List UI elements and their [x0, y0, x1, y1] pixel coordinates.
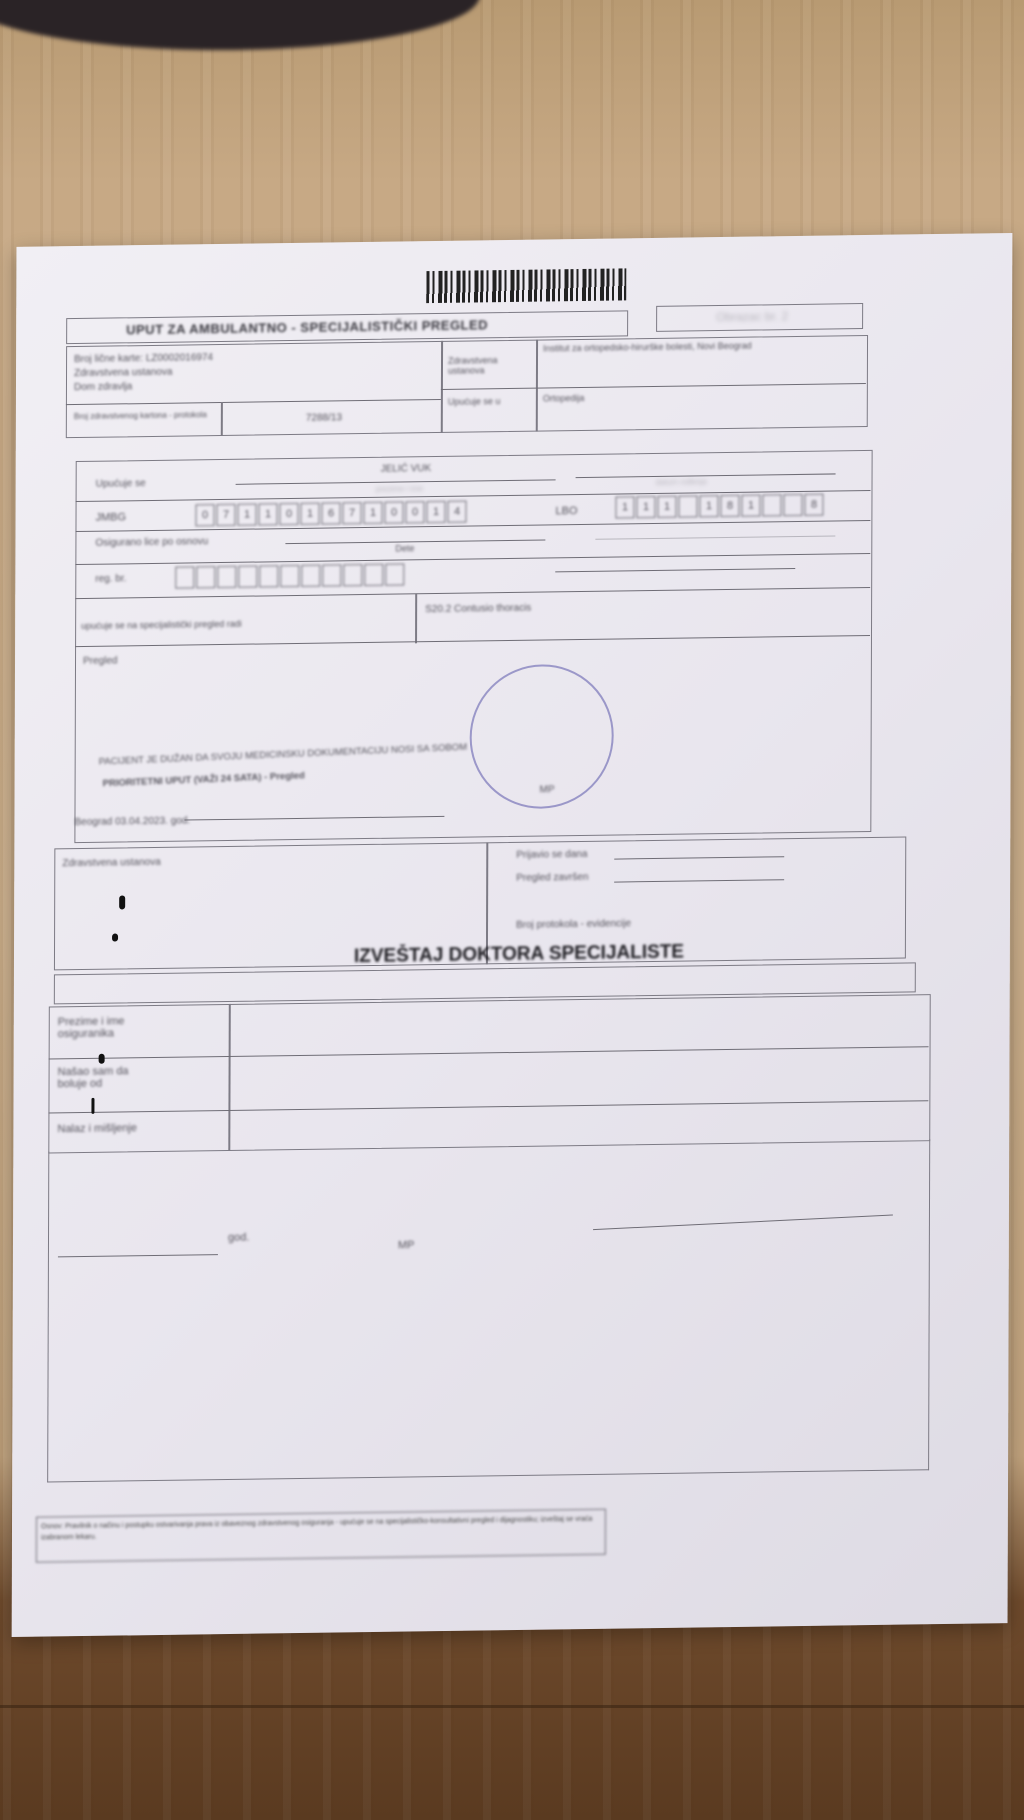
digit-cell: 0	[195, 504, 214, 526]
digit-cell: 1	[237, 504, 256, 526]
grid-divider	[221, 402, 223, 436]
report-row-diagnosis: Našao sam da boluje od	[58, 1065, 158, 1090]
digit-cell: 8	[720, 495, 739, 517]
year-label: god.	[228, 1232, 249, 1244]
digit-cell: 1	[258, 503, 277, 525]
report-row-insured-name: Prezime i ime osiguranika	[58, 1015, 178, 1041]
diagnosis: S20.2 Contusio thoracis	[425, 603, 531, 615]
grid-divider	[441, 341, 443, 433]
digit-cell: 1	[636, 496, 655, 518]
header-left-line3: Dom zdravlja	[74, 381, 132, 393]
protocol-label: Broj protokola - evidencije	[516, 918, 631, 931]
mp-stamp-label: MP	[539, 784, 554, 795]
reg-number-cells	[175, 563, 406, 588]
patient-name-caption: prezime i ime	[376, 484, 424, 494]
intake-institution-label: Zdravstvena ustanova	[62, 857, 160, 869]
lbo-label: LBO	[555, 505, 577, 517]
digit-cell: 1	[741, 494, 760, 516]
digit-cell: 1	[615, 496, 634, 518]
digit-cell: 0	[405, 501, 424, 523]
referred-to-label: Upućuje se u	[448, 396, 501, 407]
table-plank-gap	[0, 1705, 1024, 1708]
grid-divider	[536, 340, 538, 432]
insurance-label: Osigurano lice po osnovu	[95, 536, 208, 549]
digit-cell: 0	[279, 503, 298, 525]
report-mp-label: MP	[398, 1239, 415, 1251]
digit-cell	[762, 494, 781, 516]
patient-name: JELIĆ VUK	[381, 463, 432, 475]
id-card-number: Broj lične karte: LZ0002016974	[74, 352, 213, 365]
digit-cell: 4	[447, 501, 466, 523]
jmbg-label: JMBG	[95, 511, 126, 523]
digit-cell: 6	[321, 502, 340, 524]
referral-form-paper: UPUT ZA AMBULANTNO - SPECIJALISTIČKI PRE…	[12, 233, 1013, 1637]
report-table	[48, 994, 930, 1153]
digit-cell	[783, 494, 802, 516]
pen-mark	[91, 1098, 94, 1114]
digit-cell: 1	[657, 496, 676, 518]
digit-cell: 1	[363, 502, 382, 524]
exam-label: Pregled	[83, 655, 118, 666]
digit-cell: 7	[342, 502, 361, 524]
digit-cell	[678, 495, 697, 517]
reg-number-label: reg. br.	[95, 573, 126, 584]
report-row-findings: Nalaz i mišljenje	[57, 1122, 137, 1135]
report-title: IZVEŠTAJ DOKTORA SPECIJALISTE	[354, 942, 684, 969]
digit-cell: 0	[384, 501, 403, 523]
dob-caption: datum rođenja	[656, 477, 707, 487]
findings-area	[47, 1139, 930, 1482]
insurance-value: Dete	[395, 543, 414, 553]
grid-divider	[415, 593, 417, 643]
pen-mark	[112, 934, 118, 942]
exam-done-label: Pregled završen	[516, 872, 588, 884]
digit-cell: 1	[426, 501, 445, 523]
patient-label: Upućuje se	[96, 478, 146, 490]
digit-cell: 7	[216, 504, 235, 526]
pen-mark	[119, 895, 125, 909]
referred-to-value: Ortopedija	[543, 393, 585, 404]
pen-mark	[99, 1054, 105, 1064]
digit-cell: 8	[804, 494, 823, 516]
record-number-value: 7288/13	[306, 412, 342, 424]
lbo-digit-cells: 1111818	[615, 494, 825, 519]
digit-cell: 1	[699, 495, 718, 517]
digit-cell: 1	[300, 503, 319, 525]
city-and-date: Beograd 03.04.2023. god.	[74, 815, 190, 828]
health-institution-label: Zdravstvena ustanova	[448, 355, 533, 376]
header-left-line2: Zdravstvena ustanova	[74, 367, 172, 379]
checked-in-label: Prijavio se dana	[516, 849, 587, 861]
barcode	[426, 268, 626, 303]
form-number: Obrazac br. 2	[716, 309, 788, 324]
legal-footer-note: Osnov: Pravilnik o načinu i postupku ost…	[36, 1509, 606, 1563]
jmbg-digit-cells: 0711016710014	[195, 501, 468, 527]
